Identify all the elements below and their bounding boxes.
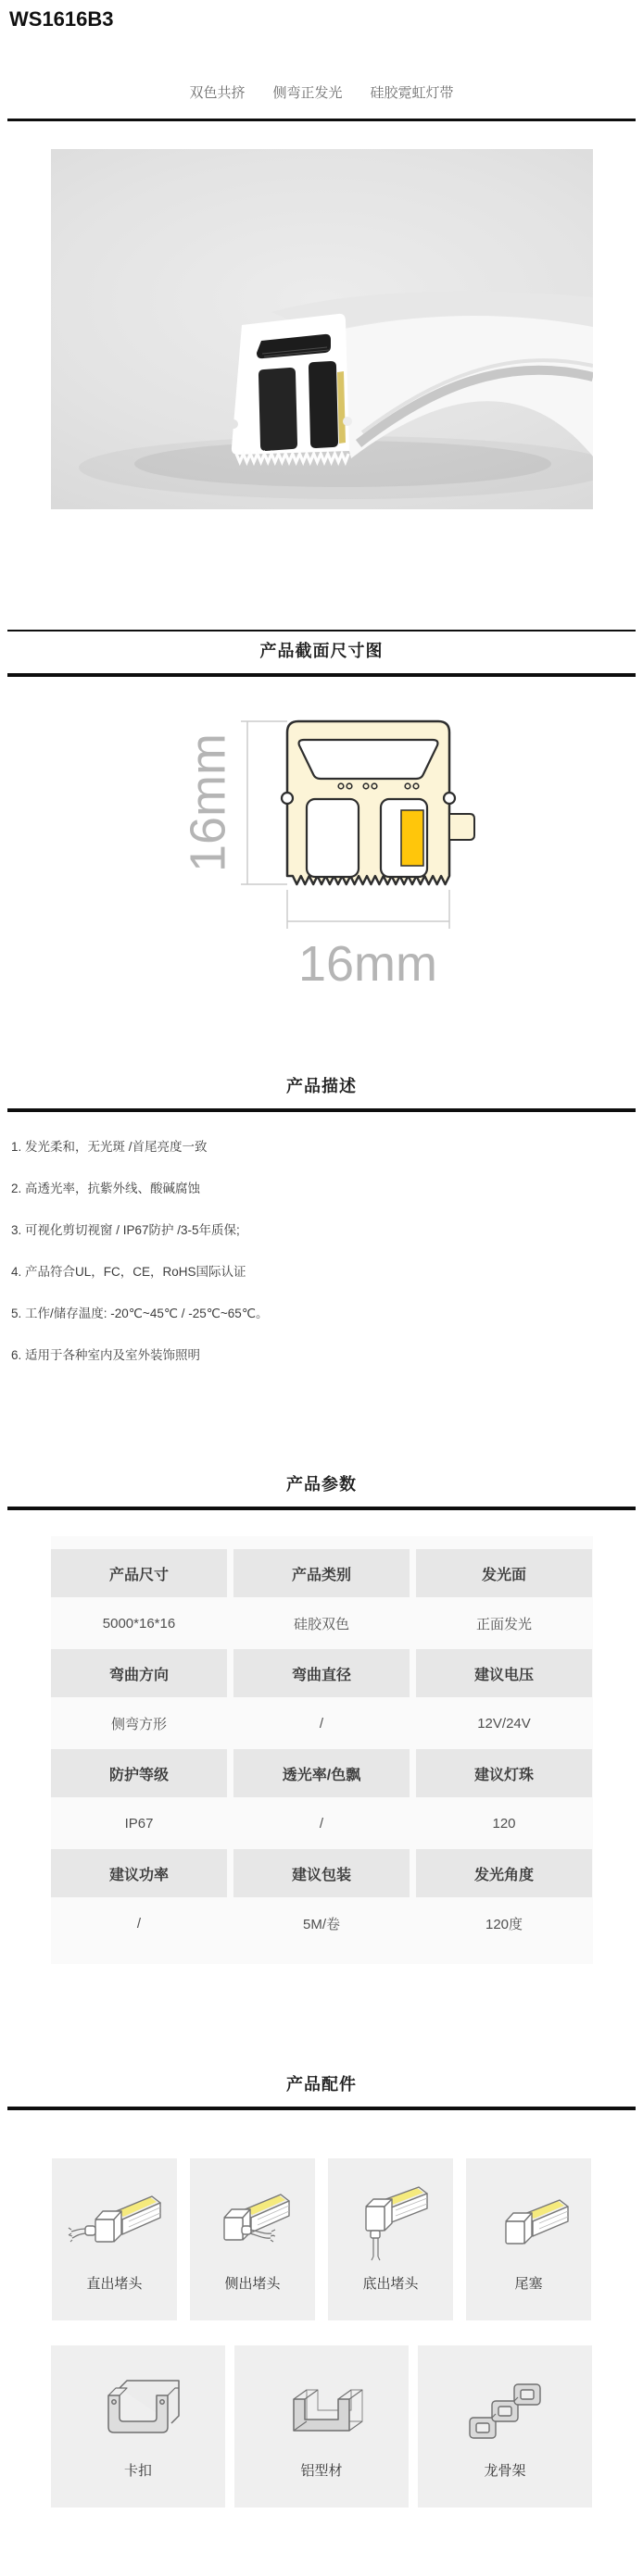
profile-side-tab (449, 814, 474, 840)
divider (7, 2107, 636, 2110)
cross-section-diagram: 16mm 16mm (122, 710, 521, 997)
param-value: IP67 (51, 1797, 227, 1849)
param-header: 弯曲方向 (51, 1649, 227, 1697)
feature-side-bend: 侧弯正发光 (272, 83, 342, 104)
params-table: 产品尺寸 产品类别 发光面 5000*16*16 硅胶双色 正面发光 弯曲方向 … (51, 1536, 593, 1964)
right-notch (444, 793, 455, 804)
product-page: WS1616B3 双色共挤 侧弯正发光 硅胶霓虹灯带 (0, 0, 643, 2572)
param-value: 正面发光 (416, 1597, 592, 1649)
param-header: 建议包装 (233, 1849, 410, 1897)
height-dimension-label: 16mm (180, 733, 235, 872)
param-value: 120 (416, 1797, 592, 1849)
lens-window (299, 740, 438, 779)
param-value: 120度 (416, 1897, 592, 1949)
product-render-art (51, 149, 593, 509)
aluminum-profile-icon (266, 2353, 377, 2453)
param-header: 发光面 (416, 1549, 592, 1597)
feature-tagline: 双色共挤 侧弯正发光 硅胶霓虹灯带 (0, 83, 643, 104)
product-render-image (51, 149, 593, 509)
divider (7, 630, 636, 631)
feature-silicone-neon: 硅胶霓虹灯带 (371, 83, 454, 104)
param-value: 硅胶双色 (233, 1597, 410, 1649)
description-item: 5. 工作/储存温度: -20℃~45℃ / -25℃~65℃。 (11, 1305, 643, 1323)
section-title-description: 产品描述 (0, 1075, 643, 1097)
straight-exit-endcap-icon (64, 2166, 166, 2266)
led-pcb (401, 810, 423, 866)
accessory-label: 卡扣 (124, 2460, 152, 2480)
params-header-row: 产品尺寸 产品类别 发光面 (51, 1549, 593, 1597)
accessory-card: 底出堵头 (328, 2158, 453, 2320)
accessory-label: 直出堵头 (86, 2273, 142, 2293)
clip-icon (82, 2353, 194, 2453)
description-item: 1. 发光柔和，无光斑 /首尾亮度一致 (11, 1138, 643, 1157)
section-title-params: 产品参数 (0, 1473, 643, 1495)
params-header-row: 弯曲方向 弯曲直径 建议电压 (51, 1649, 593, 1697)
param-header: 弯曲直径 (233, 1649, 410, 1697)
left-chamber (307, 799, 359, 877)
divider (7, 1507, 636, 1510)
accessory-card: 卡扣 (51, 2345, 225, 2507)
accessory-card: 龙骨架 (418, 2345, 592, 2507)
params-header-row: 建议功率 建议包装 发光角度 (51, 1849, 593, 1897)
section-title-accessories: 产品配件 (0, 2073, 643, 2095)
param-value: 5000*16*16 (51, 1597, 227, 1649)
bottom-spacer (0, 2507, 643, 2572)
description-list: 1. 发光柔和，无光斑 /首尾亮度一致 2. 高透光率，抗紫外线、酸碱腐蚀 3.… (0, 1138, 643, 1388)
param-value: / (233, 1797, 410, 1849)
param-header: 建议电压 (416, 1649, 592, 1697)
params-value-row: IP67 / 120 (51, 1797, 593, 1849)
accessory-label: 尾塞 (514, 2273, 542, 2293)
accessory-label: 铝型材 (300, 2460, 342, 2480)
description-item: 2. 高透光率，抗紫外线、酸碱腐蚀 (11, 1180, 643, 1198)
param-value: 5M/卷 (233, 1897, 410, 1949)
description-item: 6. 适用于各种室内及室外装饰照明 (11, 1346, 643, 1365)
param-value: / (51, 1897, 227, 1949)
side-exit-endcap-icon (202, 2166, 304, 2266)
divider (7, 1108, 636, 1112)
param-header: 建议功率 (51, 1849, 227, 1897)
accessory-card: 尾塞 (466, 2158, 591, 2320)
accessory-label: 底出堵头 (362, 2273, 418, 2293)
accessory-label: 龙骨架 (484, 2460, 525, 2480)
left-notch (282, 793, 293, 804)
accessory-card: 铝型材 (234, 2345, 409, 2507)
accessory-card: 直出堵头 (52, 2158, 177, 2320)
description-item: 4. 产品符合UL，FC，CE，RoHS国际认证 (11, 1263, 643, 1282)
params-value-row: 侧弯方形 / 12V/24V (51, 1697, 593, 1749)
tail-plug-icon (478, 2166, 580, 2266)
param-value: / (233, 1697, 410, 1749)
divider (7, 119, 636, 121)
param-header: 产品类别 (233, 1549, 410, 1597)
section-title-dimension: 产品截面尺寸图 (0, 640, 643, 662)
width-dimension-label: 16mm (298, 936, 437, 992)
accessory-card: 侧出堵头 (190, 2158, 315, 2320)
param-header: 发光角度 (416, 1849, 592, 1897)
bottom-exit-endcap-icon (340, 2166, 442, 2266)
divider (7, 673, 636, 677)
description-item: 3. 可视化剪切视窗 / IP67防护 /3-5年质保; (11, 1221, 643, 1240)
accessories-row-2: 卡扣 铝型材 (0, 2345, 643, 2507)
param-header: 防护等级 (51, 1749, 227, 1797)
param-header: 透光率/色飘 (233, 1749, 410, 1797)
param-header: 产品尺寸 (51, 1549, 227, 1597)
param-header: 建议灯珠 (416, 1749, 592, 1797)
accessory-label: 侧出堵头 (224, 2273, 280, 2293)
params-value-row: / 5M/卷 120度 (51, 1897, 593, 1949)
feature-coextrusion: 双色共挤 (189, 83, 245, 104)
params-value-row: 5000*16*16 硅胶双色 正面发光 (51, 1597, 593, 1649)
param-value: 12V/24V (416, 1697, 592, 1749)
params-header-row: 防护等级 透光率/色飘 建议灯珠 (51, 1749, 593, 1797)
keel-bracket-icon (449, 2353, 561, 2453)
page-title: WS1616B3 (0, 0, 643, 31)
param-value: 侧弯方形 (51, 1697, 227, 1749)
accessories-row-1: 直出堵头 侧出堵头 (0, 2158, 643, 2320)
